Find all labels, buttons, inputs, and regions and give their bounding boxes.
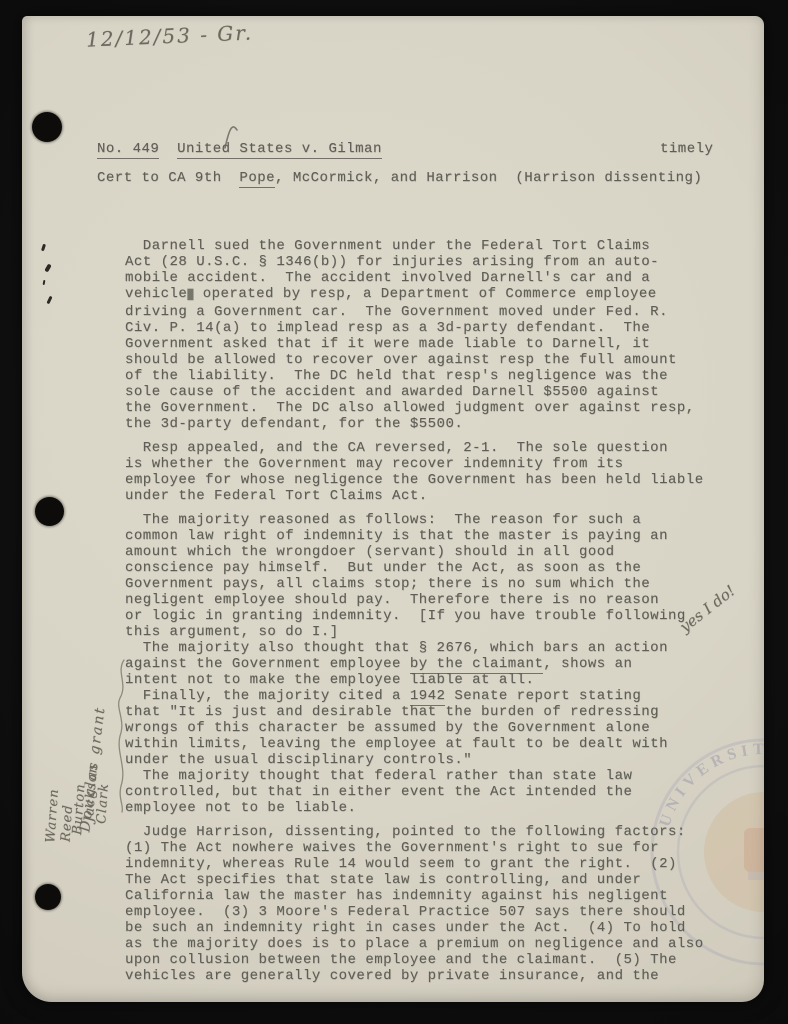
typed-line: controlled, but that in either event the… bbox=[125, 784, 704, 800]
typed-line: Government pays, all claims stop; there … bbox=[125, 576, 704, 592]
ink-speck bbox=[41, 244, 46, 252]
typed-line: The majority thought that federal rather… bbox=[125, 768, 704, 784]
typed-line: Darnell sued the Government under the Fe… bbox=[125, 238, 704, 254]
typed-line: employee for whose negligence the Govern… bbox=[125, 472, 704, 488]
typed-line: the Government. The DC also allowed judg… bbox=[125, 400, 704, 416]
typed-line: or logic in granting indemnity. [If you … bbox=[125, 608, 704, 624]
typed-paragraph: Finally, the majority cited a 1942 Senat… bbox=[125, 688, 704, 768]
typed-line: of the liability. The DC held that resp'… bbox=[125, 368, 704, 384]
typed-line: Finally, the majority cited a 1942 Senat… bbox=[125, 688, 704, 704]
typed-paragraph: Darnell sued the Government under the Fe… bbox=[125, 238, 704, 432]
typed-paragraph: The majority also thought that § 2676, w… bbox=[125, 640, 704, 688]
typed-line: The majority also thought that § 2676, w… bbox=[125, 640, 704, 656]
typed-line: mobile accident. The accident involved D… bbox=[125, 270, 704, 286]
punch-hole-middle bbox=[35, 497, 64, 526]
typed-line: against the Government employee by the c… bbox=[125, 656, 704, 672]
typed-line: indemnity, whereas Rule 14 would seem to… bbox=[125, 856, 704, 872]
typed-line: Civ. P. 14(a) to implead resp as a 3d-pa… bbox=[125, 320, 704, 336]
typed-paragraph: Resp appealed, and the CA reversed, 2-1.… bbox=[125, 440, 704, 504]
scanned-memo-page: { "annotations": { "date_note": "12/12/5… bbox=[0, 0, 788, 1024]
typed-line: Cert to CA 9th Pope, McCormick, and Harr… bbox=[97, 170, 702, 186]
typed-line: (1) The Act nowhere waives the Governmen… bbox=[125, 840, 704, 856]
typed-line: employee. (3) 3 Moore's Federal Practice… bbox=[125, 904, 704, 920]
ink-speck bbox=[46, 296, 52, 305]
typed-line: Government asked that if it were made li… bbox=[125, 336, 704, 352]
typed-line: vehicle█ operated by resp, a Department … bbox=[125, 286, 704, 304]
memo-header: No. 449 United States v. GilmanCert to C… bbox=[97, 141, 702, 199]
typed-line: The majority reasoned as follows: The re… bbox=[125, 512, 704, 528]
typed-line: The Act specifies that state law is cont… bbox=[125, 872, 704, 888]
typed-line: employee not to be liable. bbox=[125, 800, 704, 816]
memo-paper: UNIVERSITY OF 12/12/53 - Gr. yes I do! D… bbox=[22, 16, 764, 1002]
typed-line: sole cause of the accident and awarded D… bbox=[125, 384, 704, 400]
typed-line: driving a Government car. The Government… bbox=[125, 304, 704, 320]
typed-line: California law the master has indemnity … bbox=[125, 888, 704, 904]
typed-line: common law right of indemnity is that th… bbox=[125, 528, 704, 544]
typed-body: Darnell sued the Government under the Fe… bbox=[125, 238, 704, 984]
typed-line: under the usual disciplinary controls." bbox=[125, 752, 704, 768]
typed-line: as the majority does is to place a premi… bbox=[125, 936, 704, 952]
typed-line: wrongs of this character be assumed by t… bbox=[125, 720, 704, 736]
handwritten-date-note: 12/12/53 - Gr. bbox=[86, 20, 254, 51]
punch-hole-top bbox=[32, 112, 62, 142]
typed-line: within limits, leaving the employee at f… bbox=[125, 736, 704, 752]
typed-line: amount which the wrongdoer (servant) sho… bbox=[125, 544, 704, 560]
typed-line: vehicles are generally covered by privat… bbox=[125, 968, 704, 984]
typed-line: Judge Harrison, dissenting, pointed to t… bbox=[125, 824, 704, 840]
typed-line: should be allowed to recover over agains… bbox=[125, 352, 704, 368]
typed-line: the 3d-party defendant, for the $5500. bbox=[125, 416, 704, 432]
typed-line: be such an indemnity right in cases unde… bbox=[125, 920, 704, 936]
punch-hole-bottom bbox=[35, 884, 61, 910]
typed-line: conscience pay himself. But under the Ac… bbox=[125, 560, 704, 576]
typed-paragraph: Judge Harrison, dissenting, pointed to t… bbox=[125, 824, 704, 984]
typed-paragraph: The majority thought that federal rather… bbox=[125, 768, 704, 816]
ink-speck bbox=[43, 280, 46, 285]
typed-line: is whether the Government may recover in… bbox=[125, 456, 704, 472]
typed-line: Resp appealed, and the CA reversed, 2-1.… bbox=[125, 440, 704, 456]
typed-line: negligent employee should pay. Therefore… bbox=[125, 592, 704, 608]
typed-paragraph: The majority reasoned as follows: The re… bbox=[125, 512, 704, 640]
typed-line: that "It is just and desirable that the … bbox=[125, 704, 704, 720]
typed-line: No. 449 United States v. Gilman bbox=[97, 141, 702, 157]
typed-line: Act (28 U.S.C. § 1346(b)) for injuries a… bbox=[125, 254, 704, 270]
typed-line: under the Federal Tort Claims Act. bbox=[125, 488, 704, 504]
typed-line: intent not to make the employee liable a… bbox=[125, 672, 704, 688]
typed-line: this argument, so do I.] bbox=[125, 624, 704, 640]
typed-line: upon collusion between the employee and … bbox=[125, 952, 704, 968]
ink-speck bbox=[44, 264, 51, 273]
timely-label: timely bbox=[660, 141, 713, 157]
